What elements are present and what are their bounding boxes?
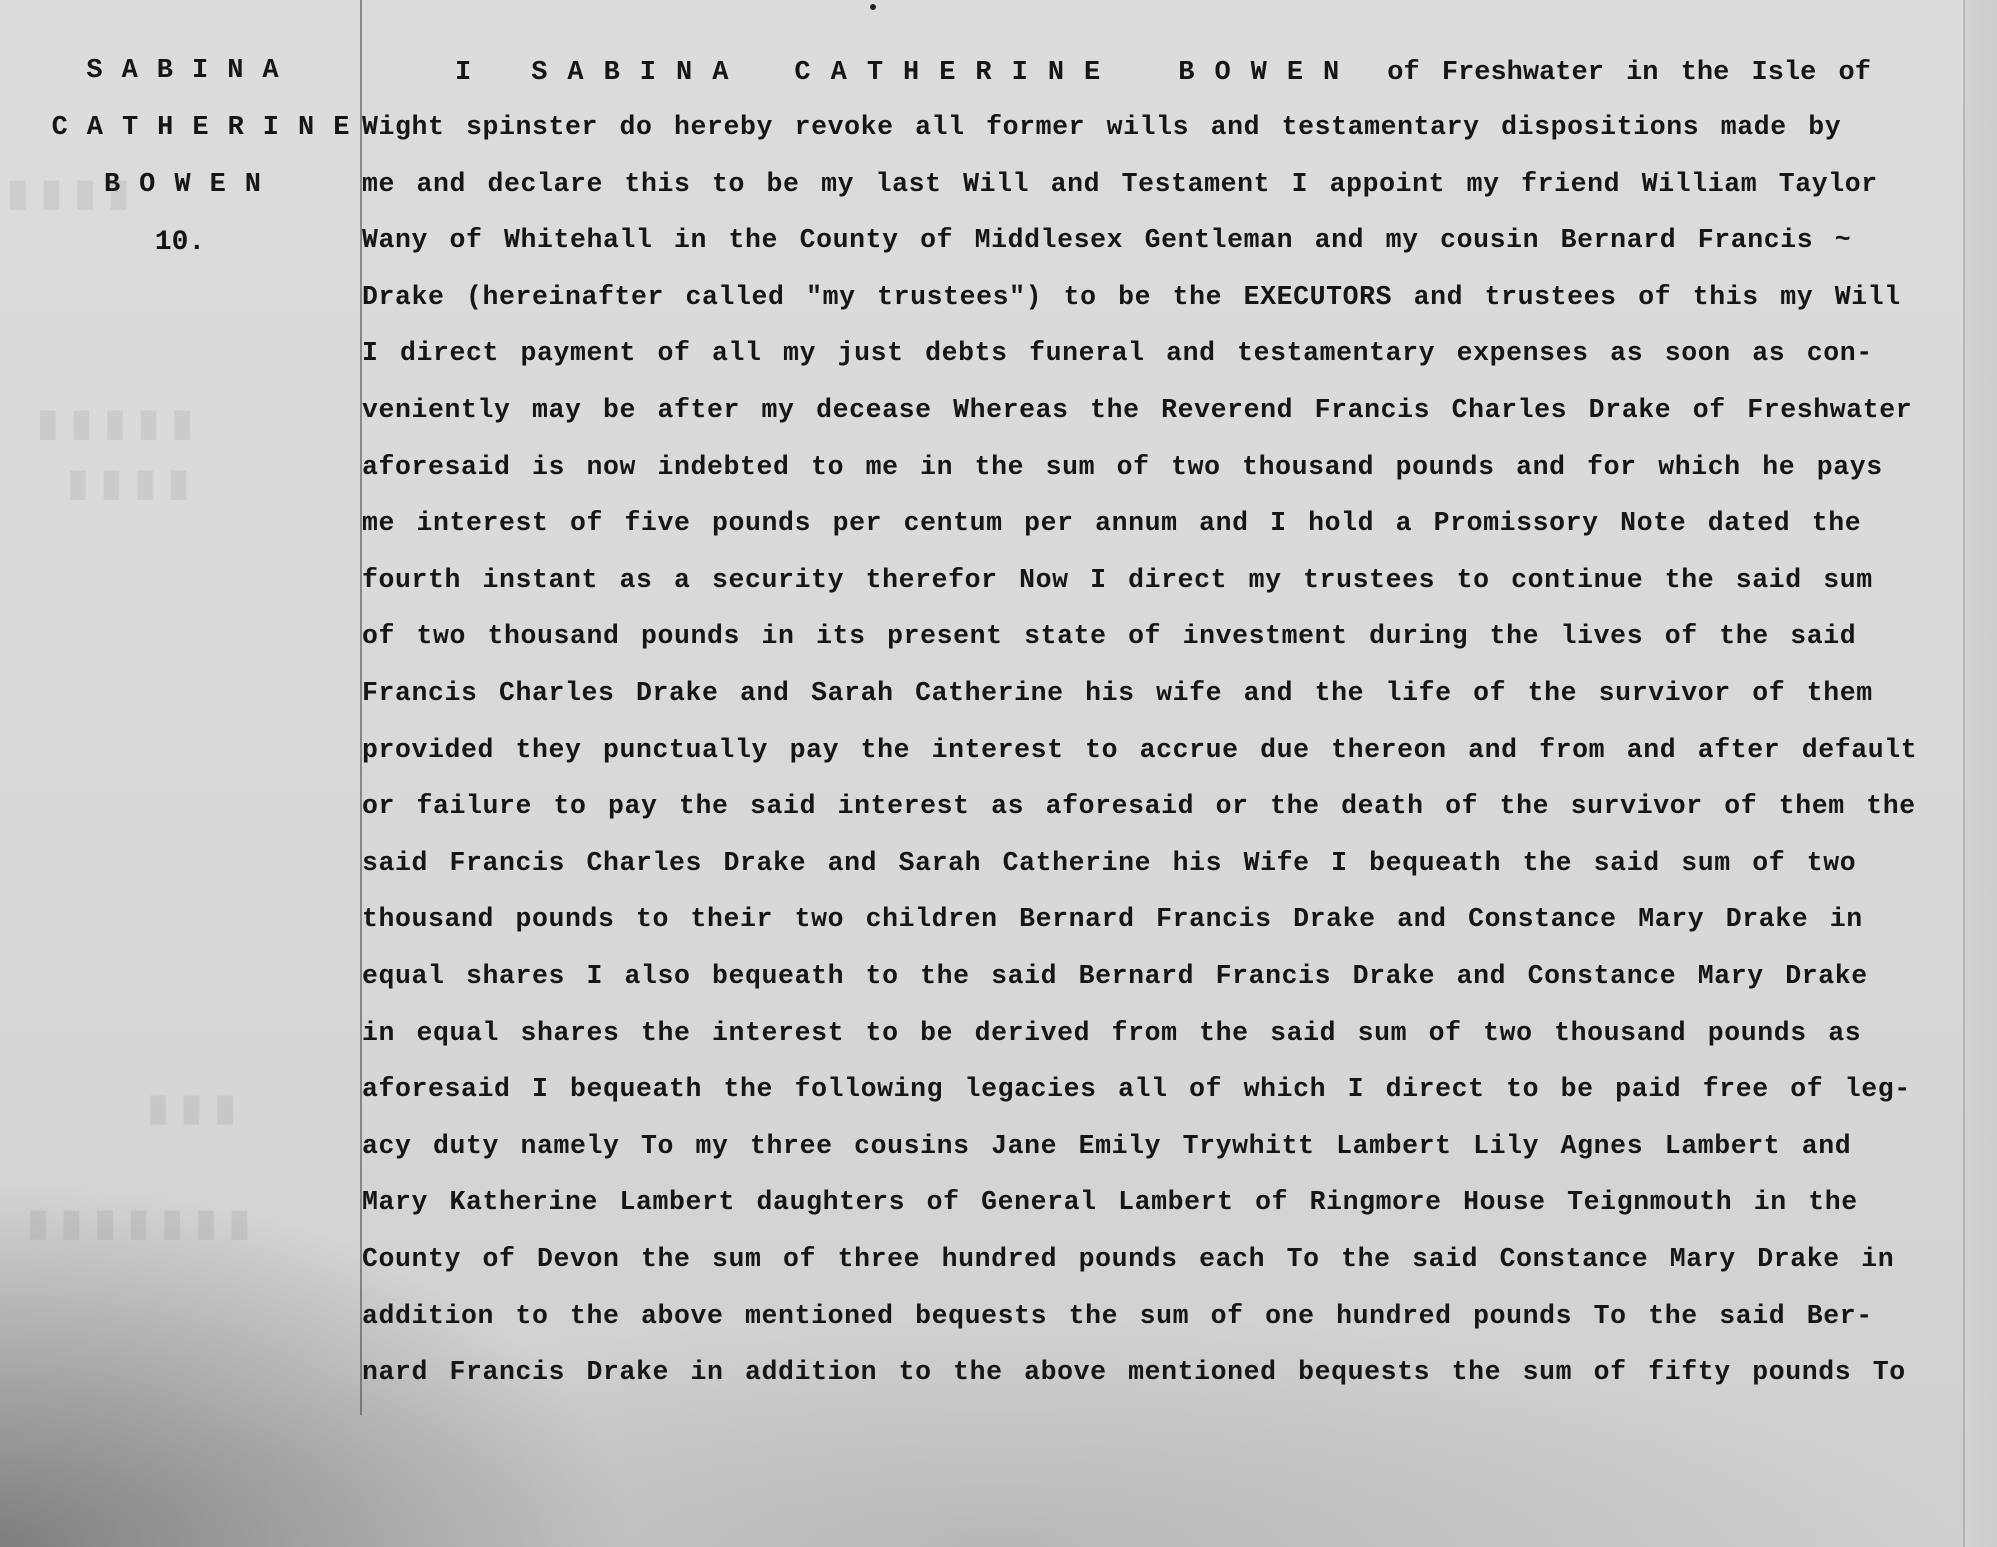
body-line: addition to the above mentioned bequests…: [362, 1301, 1873, 1341]
heading-prefix: I: [455, 58, 471, 88]
body-line: County of Devon the sum of three hundred…: [362, 1244, 1894, 1284]
body-line: thousand pounds to their two children Be…: [362, 904, 1863, 944]
document-page: ████ █████ ████ ███ ███████ SABINA CATHE…: [0, 0, 1997, 1547]
body-line: equal shares I also bequeath to the said…: [362, 961, 1868, 1001]
body-line: me interest of five pounds per centum pe…: [362, 508, 1861, 548]
body-line: veniently may be after my decease Wherea…: [362, 395, 1912, 435]
body-line: aforesaid is now indebted to me in the s…: [362, 452, 1883, 492]
body-line: in equal shares the interest to be deriv…: [362, 1018, 1861, 1058]
body-line: acy duty namely To my three cousins Jane…: [362, 1131, 1851, 1171]
heading-first-name: SABINA: [531, 58, 748, 88]
body-line: aforesaid I bequeath the following legac…: [362, 1074, 1911, 1114]
body-line: provided they punctually pay the interes…: [362, 735, 1917, 775]
body-line: or failure to pay the said interest as a…: [362, 791, 1916, 831]
body-line: said Francis Charles Drake and Sarah Cat…: [362, 848, 1856, 888]
margin-note-line-2: CATHERINE: [0, 115, 390, 142]
body-line: I direct payment of all my just debts fu…: [362, 338, 1873, 378]
body-line: of two thousand pounds in its present st…: [362, 621, 1856, 661]
will-heading: I SABINA CATHERINE BOWEN of Freshwater i…: [455, 58, 1871, 88]
heading-tail: of Freshwater in the Isle of: [1387, 58, 1871, 88]
page-edge-strip: [1965, 0, 1997, 1547]
heading-middle-name: CATHERINE: [794, 58, 1120, 88]
body-line: fourth instant as a security therefor No…: [362, 565, 1873, 605]
body-line: me and declare this to be my last Will a…: [362, 169, 1878, 209]
body-line: Wight spinster do hereby revoke all form…: [362, 112, 1841, 152]
show-through-text: ███: [150, 1095, 251, 1125]
margin-note-line-1: SABINA: [0, 58, 372, 85]
body-line: Drake (hereinafter called "my trustees")…: [362, 282, 1901, 322]
show-through-text: ███████: [30, 1210, 265, 1240]
show-through-text: █████: [40, 410, 208, 440]
body-line: Francis Charles Drake and Sarah Catherin…: [362, 678, 1873, 718]
ink-speck: [870, 4, 876, 10]
heading-surname: BOWEN: [1178, 58, 1359, 88]
show-through-text: ████: [70, 470, 204, 500]
body-line: nard Francis Drake in addition to the ab…: [362, 1357, 1906, 1397]
margin-note-line-4: 10.: [0, 229, 360, 257]
body-line: Wany of Whitehall in the County of Middl…: [362, 225, 1851, 265]
margin-note-line-3: BOWEN: [0, 172, 372, 199]
body-line: Mary Katherine Lambert daughters of Gene…: [362, 1187, 1858, 1227]
